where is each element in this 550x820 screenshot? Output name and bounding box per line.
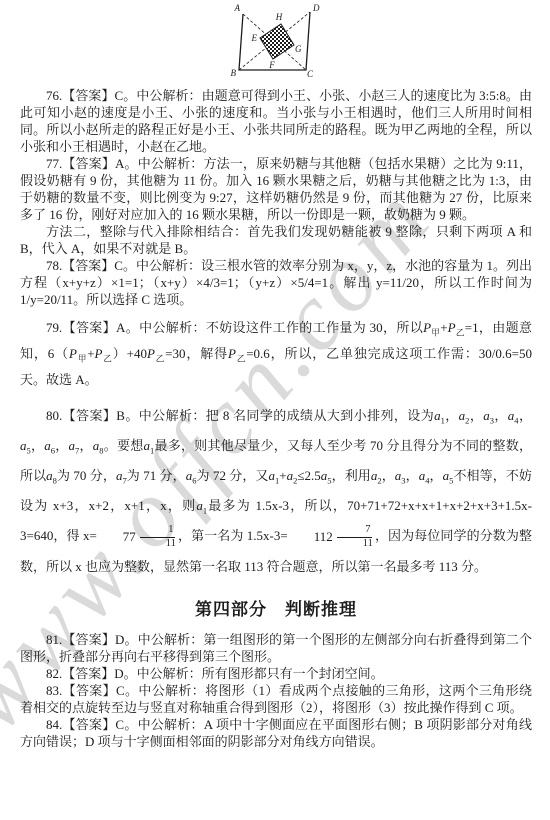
- answer-item-80: 80.【答案】B。中公解析：把 8 名同学的成绩从大到小排列，设为a1，a2，a…: [20, 401, 532, 582]
- math-variable: a1: [434, 408, 445, 423]
- math-variable: a4: [508, 408, 519, 423]
- answer-item-79: 79.【答案】A。中公解析：不妨设这件工作的工作量为 30，所以P甲+P乙=1，…: [20, 315, 532, 393]
- math-variable: P甲: [69, 346, 87, 361]
- geometry-figure-svg: A D B C H E G F: [226, 2, 326, 78]
- figure-label-f: F: [268, 60, 275, 70]
- math-variable: a2: [459, 408, 470, 423]
- math-variable: P乙: [95, 346, 113, 361]
- shaded-inner-square: [260, 24, 294, 59]
- math-variable: a1: [196, 498, 207, 513]
- document-page: www.offcn.com A D B C H: [0, 0, 550, 820]
- answer-item-78: 78.【答案】C。中公解析：设三根水管的效率分别为 x，y，z，水池的容量为 1…: [20, 257, 532, 308]
- math-variable: P乙: [448, 320, 465, 335]
- math-variable: a8: [93, 438, 104, 453]
- section-title: 第四部分 判断推理: [20, 595, 532, 620]
- math-variable: a3: [483, 408, 494, 423]
- math-variable: a4: [419, 468, 430, 483]
- math-variable: a5: [443, 468, 454, 483]
- math-variable: P乙: [228, 346, 246, 361]
- math-variable: a6: [44, 438, 55, 453]
- math-variable: a2: [287, 468, 298, 483]
- figure-label-d: D: [312, 3, 320, 13]
- figure-label-g: G: [295, 44, 302, 54]
- math-variable: a6: [186, 468, 197, 483]
- figure-label-h: H: [275, 12, 283, 22]
- answer-item-84: 84.【答案】C。中公解析：A 项中十字侧面应在平面图形右侧；B 项阴影部分对角…: [20, 716, 532, 750]
- figure-label-a: A: [234, 3, 241, 13]
- math-variable: a7: [69, 438, 80, 453]
- math-variable: a5: [20, 438, 31, 453]
- math-variable: a8: [46, 468, 57, 483]
- answer-item-77-method2: 方法二，整除与代入排除相结合：首先我们发现奶糖能被 9 整除，只剩下两项 A 和…: [20, 223, 532, 257]
- figure-label-b: B: [231, 68, 237, 78]
- math-variable: a7: [116, 468, 127, 483]
- answer-item-81: 81.【答案】D。中公解析：第一组图形的第一个图形的左侧部分向右折叠得到第二个图…: [20, 631, 532, 665]
- mixed-fraction: 77111: [97, 522, 178, 552]
- math-variable: P甲: [423, 320, 440, 335]
- answer-item-77-method1: 77.【答案】A。中公解析：方法一，原来奶糖与其他糖（包括水果糖）之比为 9:1…: [20, 155, 532, 223]
- figure-label-c: C: [307, 69, 314, 78]
- math-variable: a1: [144, 438, 155, 453]
- math-variable: a3: [395, 468, 406, 483]
- math-variable: a5: [321, 468, 332, 483]
- answer-item-76: 76.【答案】C。中公解析：由题意可得到小王、小张、小赵三人的速度比为 3:5:…: [20, 87, 532, 155]
- math-variable: P乙: [147, 346, 165, 361]
- answer-item-82: 82.【答案】D。中公解析：所有图形都只有一个封闭空间。: [20, 665, 532, 682]
- math-variable: a1: [269, 468, 280, 483]
- answer-item-83: 83.【答案】C。中公解析：将图形（1）看成两个点接触的三角形，这两个三角形绕着…: [20, 682, 532, 716]
- mixed-fraction: 112711: [288, 522, 375, 552]
- math-variable: a2: [371, 468, 382, 483]
- figure-label-e: E: [251, 33, 258, 43]
- geometry-figure: A D B C H E G F: [20, 2, 532, 83]
- document-content: A D B C H E G F 76.【答案】C。中公解析：由题意可得到小王、小…: [0, 0, 550, 750]
